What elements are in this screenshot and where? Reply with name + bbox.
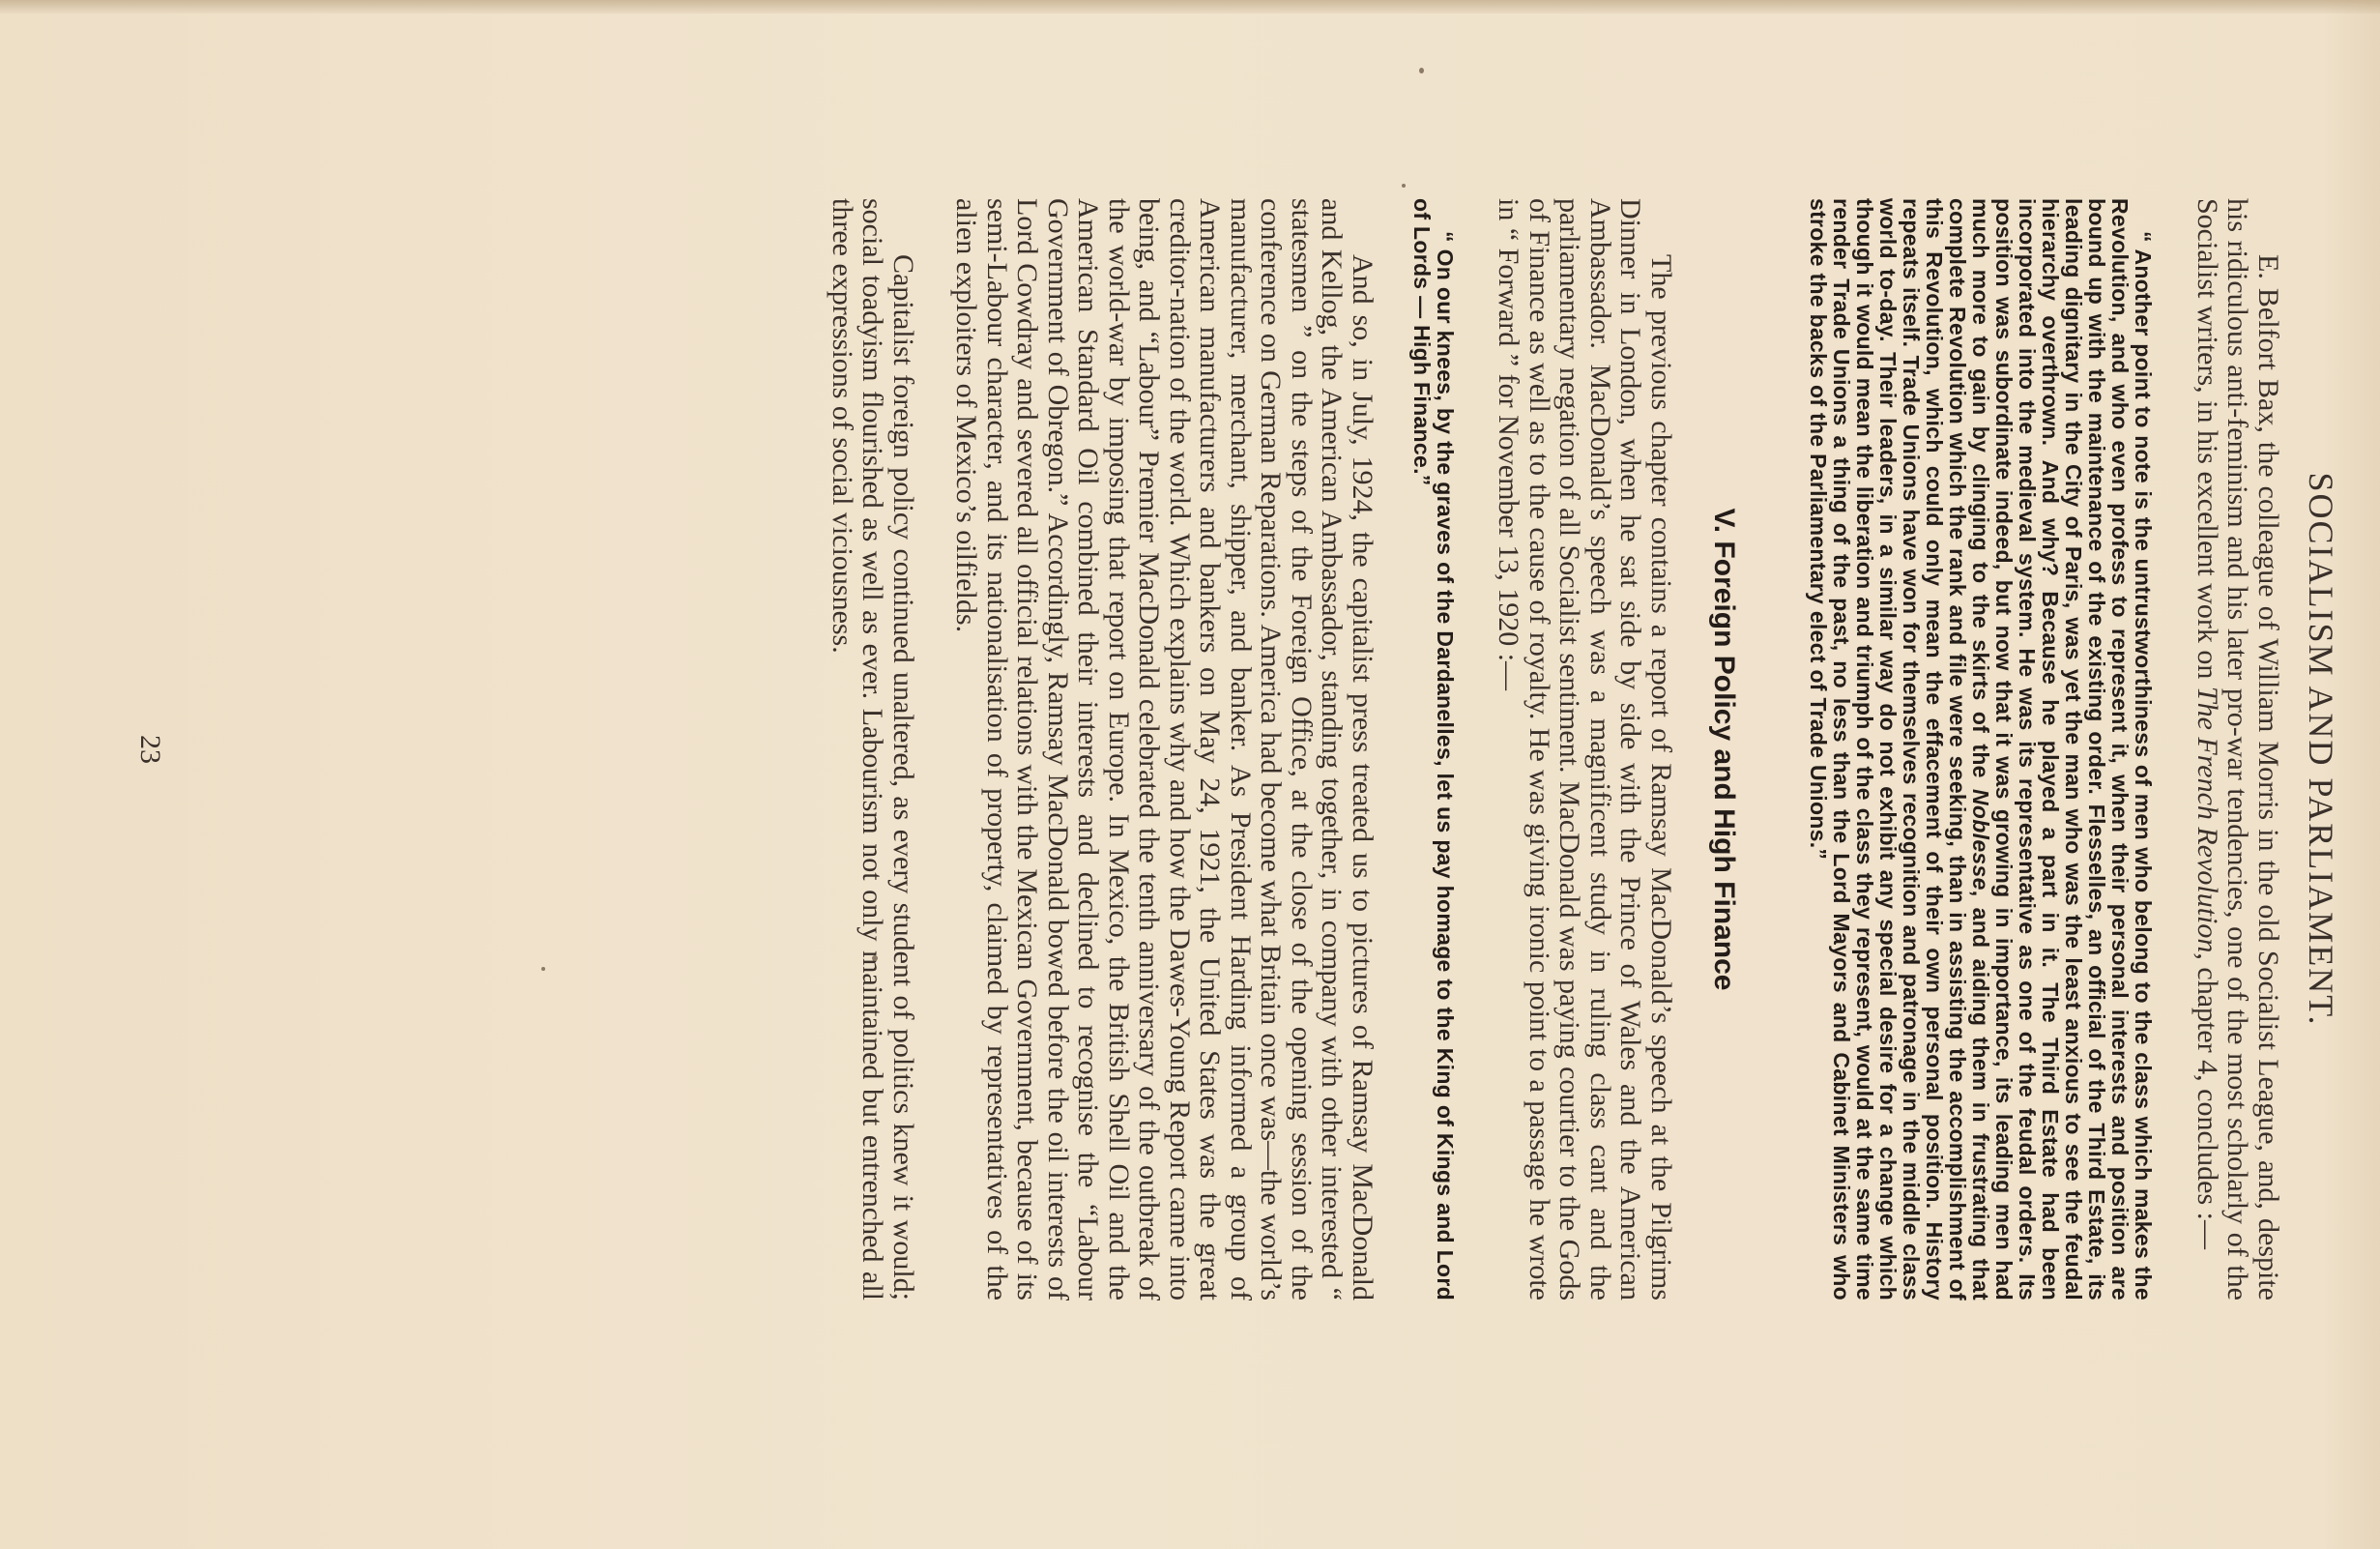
block-quote-forward: “ On our knees, by the graves of the Dar…: [1410, 198, 1457, 1301]
quote-italic: Noblesse: [1969, 789, 1994, 891]
block-quote-bax: “ Another point to note is the untrustwo…: [1808, 198, 2156, 1301]
page-body: E. Belfort Bax, the colleague of William…: [827, 198, 2284, 1301]
scanned-page-frame: SOCIALISM AND PARLIAMENT. E. Belfort Bax…: [0, 0, 2380, 1549]
quote-text: “ Another point to note is the untrustwo…: [1969, 198, 2157, 1301]
spacer: [918, 198, 951, 1301]
paragraph-capitalist-policy: Capitalist foreign policy continued unal…: [827, 198, 919, 1301]
section-heading: V. Foreign Policy and High Finance: [1709, 198, 1740, 1301]
page-number: 23: [133, 198, 166, 1301]
running-head: SOCIALISM AND PARLIAMENT.: [2301, 198, 2341, 1301]
paragraph-bax: E. Belfort Bax, the colleague of William…: [2192, 198, 2284, 1301]
paragraph-pilgrims-dinner: The previous chapter contains a report o…: [1494, 198, 1676, 1301]
paragraph-july-1924: And so, in July, 1924, the capitalist pr…: [951, 198, 1378, 1301]
book-title: The French Revolution: [2191, 687, 2223, 952]
paragraph-text: , chapter 4, concludes :—: [2191, 952, 2223, 1249]
book-page: SOCIALISM AND PARLIAMENT. E. Belfort Bax…: [0, 0, 2380, 1549]
quote-text: , and aiding them in frustrating that co…: [1807, 198, 1994, 1301]
spacer: [1378, 198, 1410, 1301]
